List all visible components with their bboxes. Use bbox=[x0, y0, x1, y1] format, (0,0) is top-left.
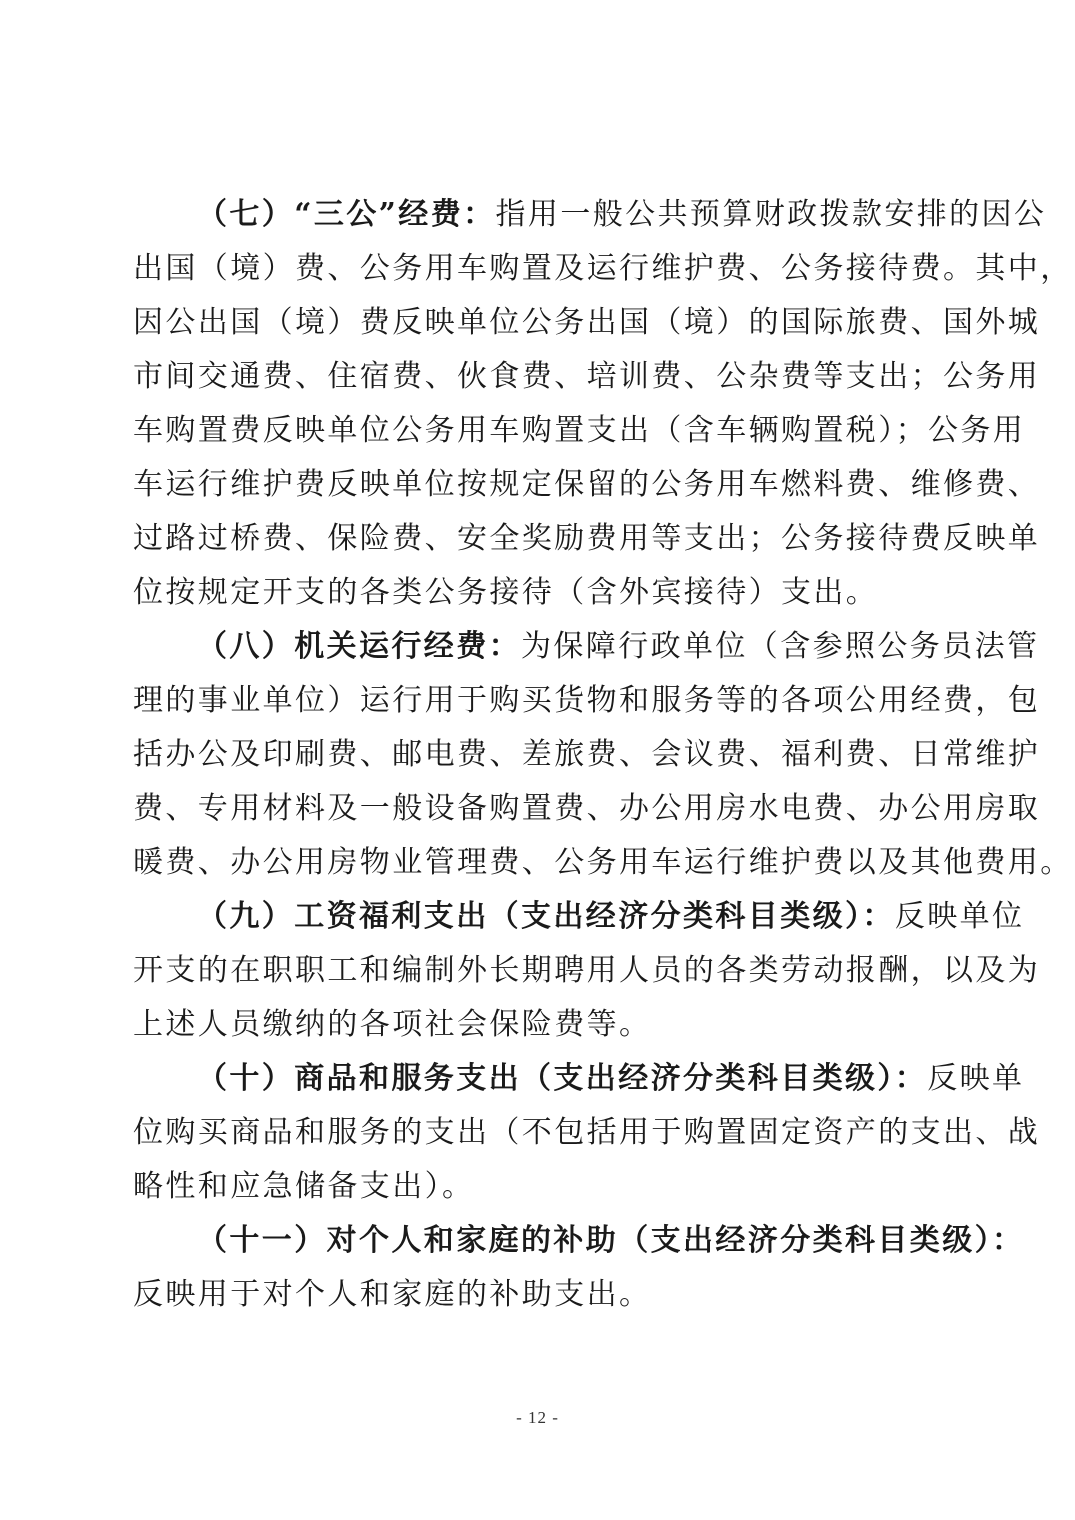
text-line: （八）机关运行经费：为保障行政单位（含参照公务员法管 bbox=[133, 620, 945, 674]
text-span: 指用一般公共预算财政拨款安排的因公 bbox=[496, 197, 1047, 232]
text-line: （九）工资福利支出（支出经济分类科目类级）：反映单位 bbox=[133, 890, 945, 944]
text-line: 费、专用材料及一般设备购置费、办公用房水电费、办公用房取 bbox=[133, 782, 945, 836]
text-line: 反映用于对个人和家庭的补助支出。 bbox=[133, 1268, 945, 1322]
section-heading: （九）工资福利支出（支出经济分类科目类级）： bbox=[197, 899, 895, 934]
paragraph-agency-operating-funds: （八）机关运行经费：为保障行政单位（含参照公务员法管 理的事业单位）运行用于购买… bbox=[133, 620, 945, 890]
paragraph-san-gong-funds: （七）“三公”经费：指用一般公共预算财政拨款安排的因公 出国（境）费、公务用车购… bbox=[133, 188, 945, 620]
text-line: 因公出国（境）费反映单位公务出国（境）的国际旅费、国外城 bbox=[133, 296, 945, 350]
text-line: 略性和应急储备支出）。 bbox=[133, 1160, 945, 1214]
section-heading: （十）商品和服务支出（支出经济分类科目类级）： bbox=[197, 1061, 927, 1096]
section-heading: （七）“三公”经费： bbox=[197, 197, 496, 232]
text-line: 过路过桥费、保险费、安全奖励费用等支出；公务接待费反映单 bbox=[133, 512, 945, 566]
text-line: 理的事业单位）运行用于购买货物和服务等的各项公用经费，包 bbox=[133, 674, 945, 728]
text-line: 暖费、办公用房物业管理费、公务用车运行维护费以及其他费用。 bbox=[133, 836, 945, 890]
text-line: （七）“三公”经费：指用一般公共预算财政拨款安排的因公 bbox=[133, 188, 945, 242]
text-line: 位购买商品和服务的支出（不包括用于购置固定资产的支出、战 bbox=[133, 1106, 945, 1160]
text-line: 车购置费反映单位公务用车购置支出（含车辆购置税）；公务用 bbox=[133, 404, 945, 458]
text-line: 市间交通费、住宿费、伙食费、培训费、公杂费等支出；公务用 bbox=[133, 350, 945, 404]
paragraph-household-subsidies: （十一）对个人和家庭的补助（支出经济分类科目类级）： 反映用于对个人和家庭的补助… bbox=[133, 1214, 945, 1322]
paragraph-wages-welfare: （九）工资福利支出（支出经济分类科目类级）：反映单位 开支的在职职工和编制外长期… bbox=[133, 890, 945, 1052]
text-line: 括办公及印刷费、邮电费、差旅费、会议费、福利费、日常维护 bbox=[133, 728, 945, 782]
section-heading: （八）机关运行经费： bbox=[197, 629, 521, 664]
text-line: 位按规定开支的各类公务接待（含外宾接待）支出。 bbox=[133, 566, 945, 620]
page-number: - 12 - bbox=[0, 1408, 1075, 1428]
text-line: 上述人员缴纳的各项社会保险费等。 bbox=[133, 998, 945, 1052]
text-span: 为保障行政单位（含参照公务员法管 bbox=[521, 629, 1039, 664]
text-span: 反映单 bbox=[927, 1061, 1024, 1096]
text-line: 出国（境）费、公务用车购置及运行维护费、公务接待费。其中， bbox=[133, 242, 945, 296]
section-heading: （十一）对个人和家庭的补助（支出经济分类科目类级）： bbox=[197, 1223, 1024, 1258]
document-body: （七）“三公”经费：指用一般公共预算财政拨款安排的因公 出国（境）费、公务用车购… bbox=[133, 188, 945, 1322]
text-line: （十）商品和服务支出（支出经济分类科目类级）：反映单 bbox=[133, 1052, 945, 1106]
text-line: （十一）对个人和家庭的补助（支出经济分类科目类级）： bbox=[133, 1214, 945, 1268]
paragraph-goods-services: （十）商品和服务支出（支出经济分类科目类级）：反映单 位购买商品和服务的支出（不… bbox=[133, 1052, 945, 1214]
text-line: 车运行维护费反映单位按规定保留的公务用车燃料费、维修费、 bbox=[133, 458, 945, 512]
text-line: 开支的在职职工和编制外长期聘用人员的各类劳动报酬，以及为 bbox=[133, 944, 945, 998]
text-span: 反映单位 bbox=[895, 899, 1025, 934]
